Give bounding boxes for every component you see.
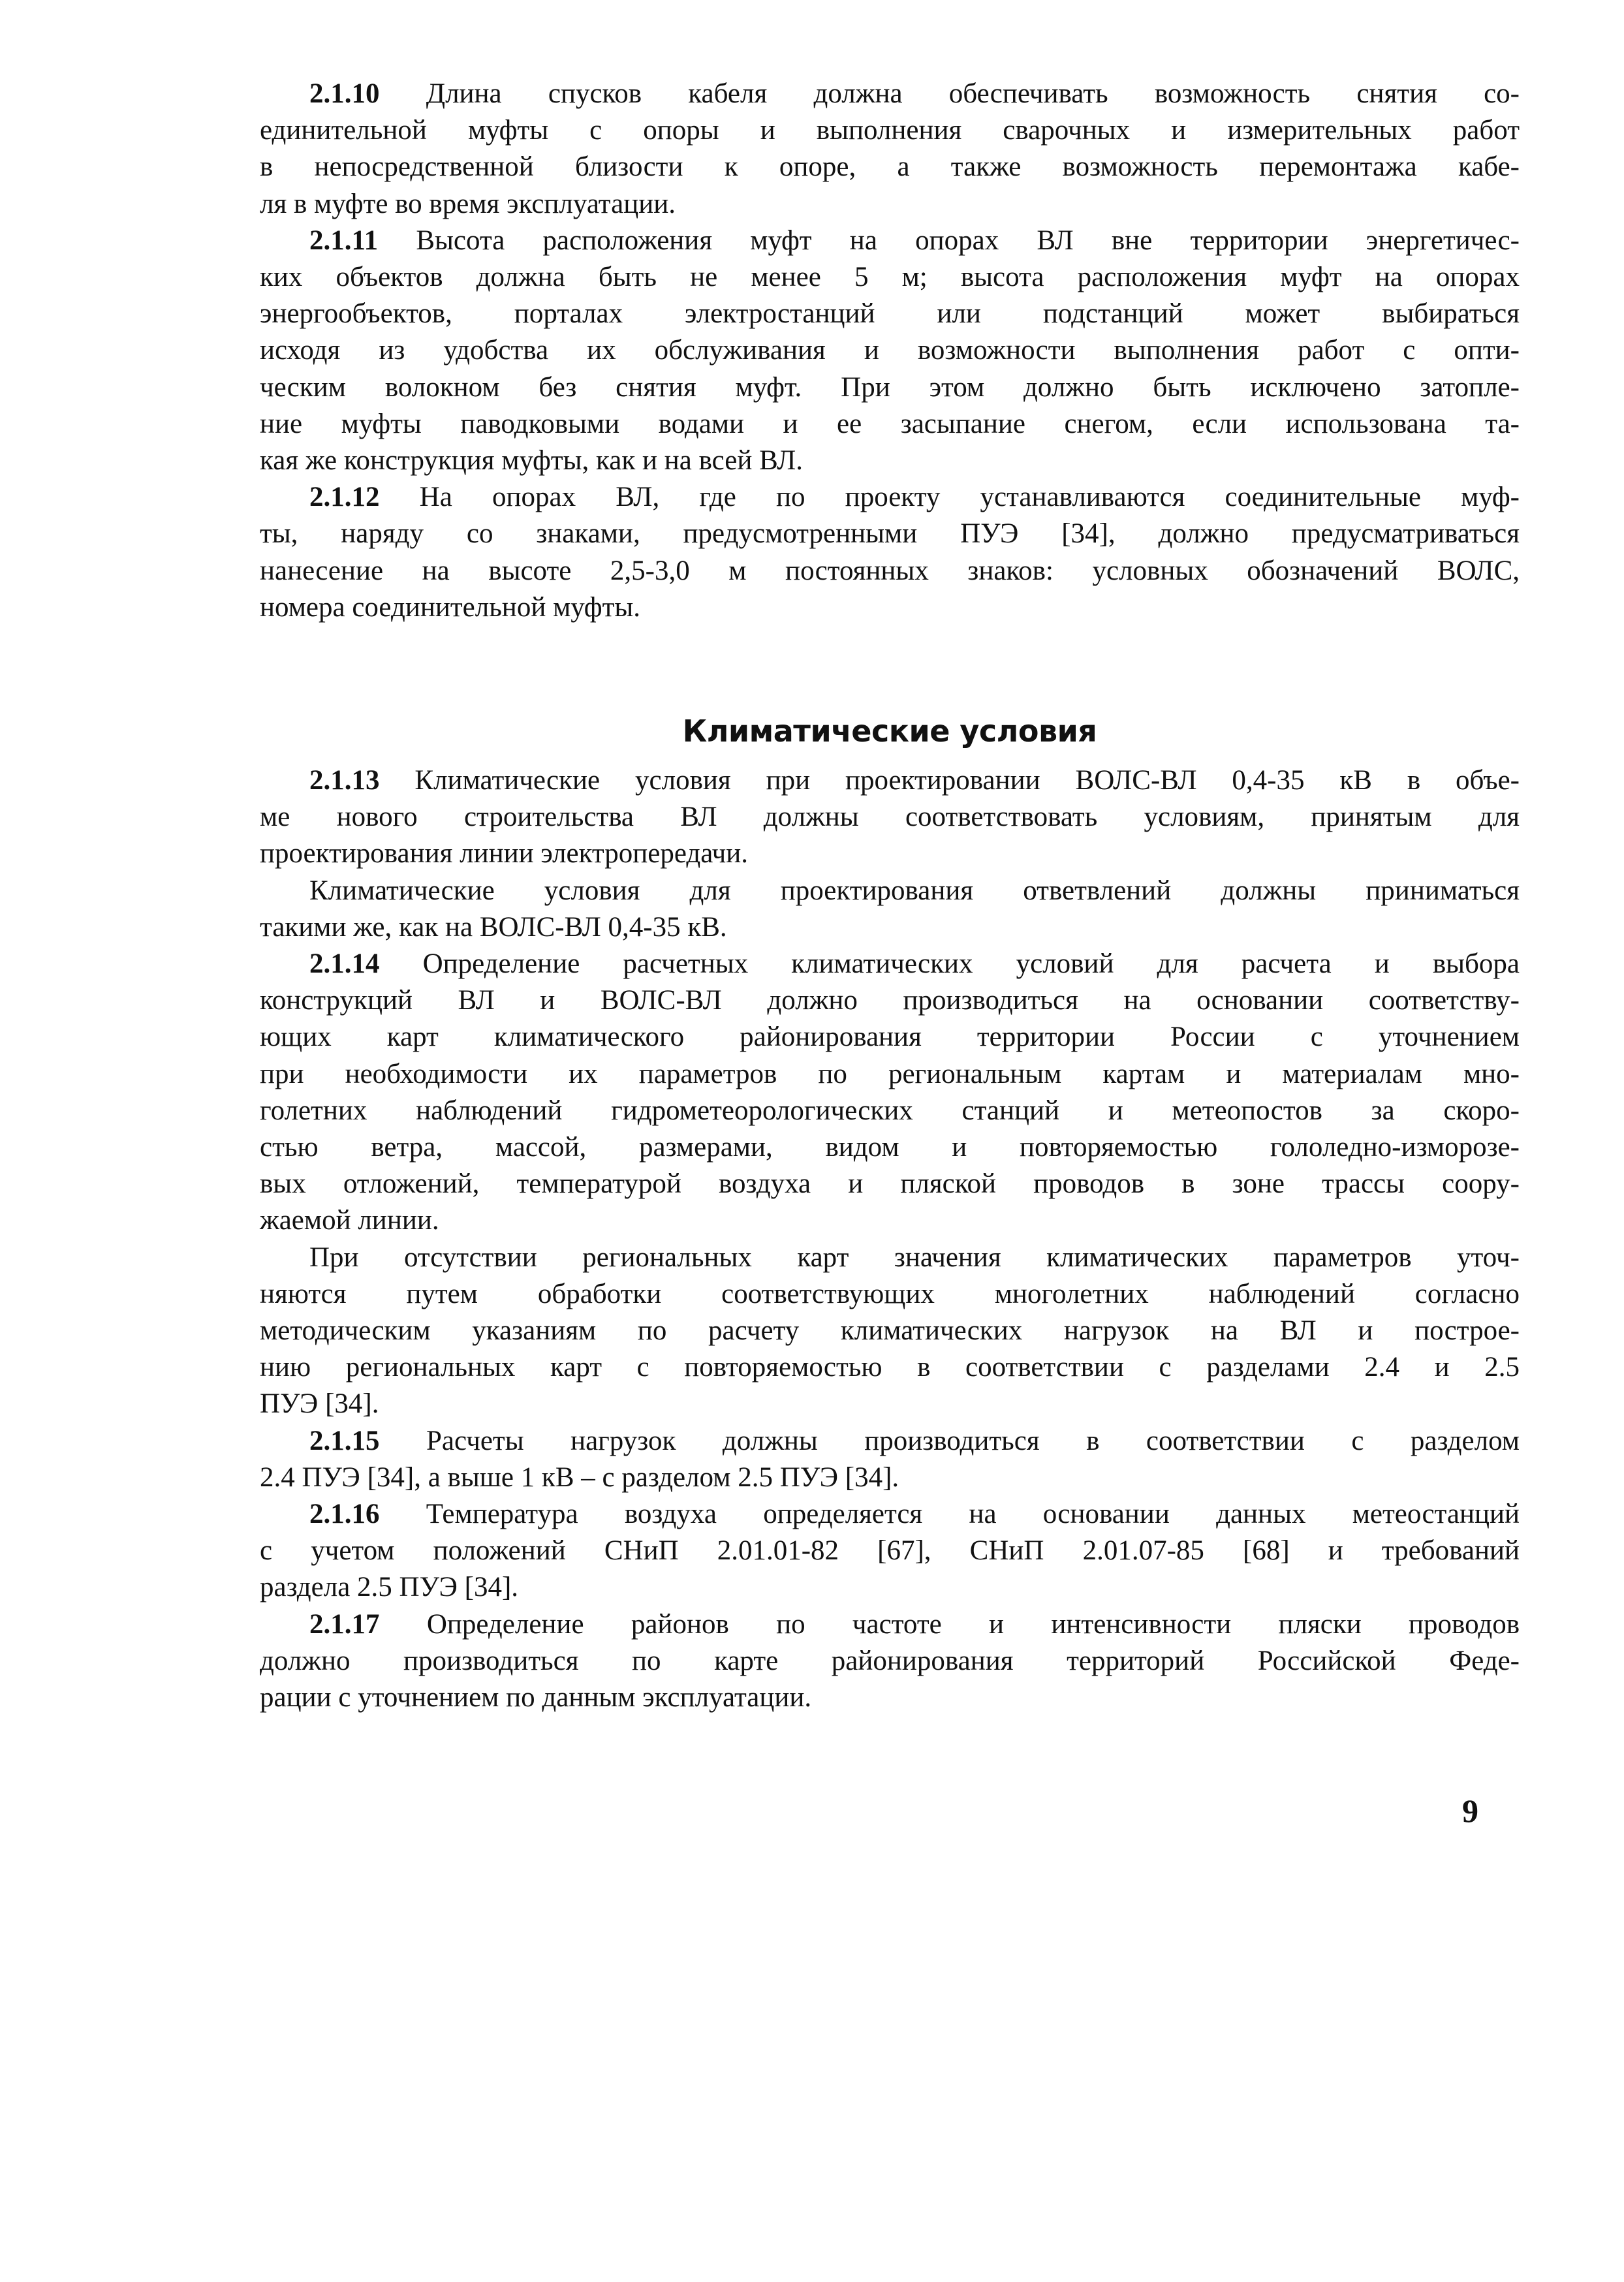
- text-line: 2.1.16 Температура воздуха определяется …: [260, 1496, 1520, 1533]
- clause-number: 2.1.16: [309, 1499, 380, 1529]
- text-line: ты, наряду со знаками, предусмотренными …: [260, 516, 1520, 552]
- text-line: 2.1.17 Определение районов по частоте и …: [260, 1606, 1520, 1643]
- line-text: ческим волокном без снятия муфт. При это…: [260, 372, 1520, 403]
- section-cable-sleeves: 2.1.10 Длина спусков кабеля должна обесп…: [260, 76, 1520, 626]
- text-line: ПУЭ [34].: [260, 1386, 1520, 1422]
- line-text: На опорах ВЛ, где по проекту устанавлива…: [420, 482, 1520, 512]
- line-text: Длина спусков кабеля должна обеспечивать…: [426, 78, 1520, 109]
- paragraph-2-1-14: 2.1.14 Определение расчетных климатическ…: [260, 946, 1520, 1240]
- page-number: 9: [1462, 1792, 1478, 1830]
- text-line: исходя из удобства их обслуживания и воз…: [260, 332, 1520, 369]
- line-text: исходя из удобства их обслуживания и воз…: [260, 335, 1520, 366]
- line-text: в непосредственной близости к опоре, а т…: [260, 151, 1520, 182]
- text-line: номера соединительной муфты.: [260, 589, 1520, 626]
- paragraph-2-1-15: 2.1.15 Расчеты нагрузок должны производи…: [260, 1423, 1520, 1496]
- text-line: с учетом положений СНиП 2.01.01-82 [67],…: [260, 1533, 1520, 1569]
- line-text: энергообъектов, порталах электростанций …: [260, 298, 1520, 329]
- line-text: няются путем обработки соответствующих м…: [260, 1279, 1520, 1309]
- line-text: должно производиться по карте районирова…: [260, 1646, 1520, 1676]
- text-line: ческим волокном без снятия муфт. При это…: [260, 369, 1520, 406]
- text-line: голетних наблюдений гидрометеорологическ…: [260, 1093, 1520, 1129]
- line-text: нанесение на высоте 2,5-3,0 м постоянных…: [260, 555, 1520, 586]
- text-line: методическим указаниям по расчету климат…: [260, 1313, 1520, 1349]
- paragraph-2-1-11: 2.1.11 Высота расположения муфт на опора…: [260, 223, 1520, 479]
- line-text: Климатические условия для проектирования…: [309, 875, 1520, 906]
- line-text: Расчеты нагрузок должны производиться в …: [426, 1426, 1520, 1456]
- clause-number: 2.1.12: [309, 482, 380, 512]
- section-heading-climatic-conditions: Климатические условия: [260, 711, 1520, 751]
- line-text: нию региональных карт с повторяемостью в…: [260, 1352, 1520, 1383]
- text-line: 2.4 ПУЭ [34], а выше 1 кВ – с разделом 2…: [260, 1460, 1520, 1496]
- text-line: нанесение на высоте 2,5-3,0 м постоянных…: [260, 553, 1520, 589]
- line-text: проектирования линии электропередачи.: [260, 838, 748, 869]
- paragraph: При отсутствии региональных карт значени…: [260, 1240, 1520, 1423]
- line-text: кая же конструкция муфты, как и на всей …: [260, 445, 803, 476]
- text-line: ме нового строительства ВЛ должны соотве…: [260, 799, 1520, 836]
- text-line: при необходимости их параметров по регио…: [260, 1056, 1520, 1093]
- text-line: кая же конструкция муфты, как и на всей …: [260, 443, 1520, 479]
- text-line: ние муфты паводковыми водами и ее засыпа…: [260, 406, 1520, 443]
- text-line: 2.1.15 Расчеты нагрузок должны производи…: [260, 1423, 1520, 1460]
- line-text: Высота расположения муфт на опорах ВЛ вн…: [416, 225, 1520, 256]
- text-line: 2.1.12 На опорах ВЛ, где по проекту уста…: [260, 479, 1520, 516]
- text-line: 2.1.13 Климатические условия при проекти…: [260, 762, 1520, 799]
- clause-number: 2.1.10: [309, 78, 380, 109]
- line-text: голетних наблюдений гидрометеорологическ…: [260, 1095, 1520, 1126]
- line-text: единительной муфты с опоры и выполнения …: [260, 115, 1520, 146]
- text-line: ющих карт климатического районирования т…: [260, 1019, 1520, 1055]
- line-text: раздела 2.5 ПУЭ [34].: [260, 1572, 518, 1602]
- line-text: такими же, как на ВОЛС-ВЛ 0,4-35 кВ.: [260, 912, 727, 943]
- line-text: номера соединительной муфты.: [260, 592, 640, 623]
- line-text: вых отложений, температурой воздуха и пл…: [260, 1168, 1520, 1199]
- document-page: 2.1.10 Длина спусков кабеля должна обесп…: [0, 0, 1624, 2282]
- line-text: ющих карт климатического районирования т…: [260, 1022, 1520, 1052]
- line-text: ПУЭ [34].: [260, 1388, 379, 1419]
- text-line: энергообъектов, порталах электростанций …: [260, 296, 1520, 332]
- text-line: единительной муфты с опоры и выполнения …: [260, 112, 1520, 149]
- text-line: проектирования линии электропередачи.: [260, 836, 1520, 872]
- line-text: Определение расчетных климатических усло…: [423, 948, 1520, 979]
- section-climatic-conditions: 2.1.13 Климатические условия при проекти…: [260, 762, 1520, 1716]
- line-text: конструкций ВЛ и ВОЛС-ВЛ должно производ…: [260, 985, 1520, 1016]
- line-text: ты, наряду со знаками, предусмотренными …: [260, 518, 1520, 549]
- text-line: 2.1.10 Длина спусков кабеля должна обесп…: [260, 76, 1520, 112]
- text-line: стью ветра, массой, размерами, видом и п…: [260, 1129, 1520, 1166]
- text-line: рации с уточнением по данным эксплуатаци…: [260, 1680, 1520, 1716]
- paragraph-2-1-10: 2.1.10 Длина спусков кабеля должна обесп…: [260, 76, 1520, 223]
- paragraph: Климатические условия для проектирования…: [260, 873, 1520, 946]
- text-line: няются путем обработки соответствующих м…: [260, 1276, 1520, 1313]
- text-line: ких объектов должна быть не менее 5 м; в…: [260, 259, 1520, 296]
- line-text: ме нового строительства ВЛ должны соотве…: [260, 802, 1520, 832]
- text-line: вых отложений, температурой воздуха и пл…: [260, 1166, 1520, 1202]
- line-text: При отсутствии региональных карт значени…: [309, 1242, 1520, 1273]
- paragraph-2-1-17: 2.1.17 Определение районов по частоте и …: [260, 1606, 1520, 1717]
- clause-number: 2.1.15: [309, 1426, 380, 1456]
- text-line: ля в муфте во время эксплуатации.: [260, 186, 1520, 223]
- text-line: такими же, как на ВОЛС-ВЛ 0,4-35 кВ.: [260, 909, 1520, 946]
- line-text: Климатические условия при проектировании…: [414, 765, 1520, 796]
- clause-number: 2.1.13: [309, 765, 380, 796]
- line-text: 2.4 ПУЭ [34], а выше 1 кВ – с разделом 2…: [260, 1462, 899, 1493]
- clause-number: 2.1.11: [309, 225, 378, 256]
- text-line: При отсутствии региональных карт значени…: [260, 1240, 1520, 1276]
- line-text: стью ветра, массой, размерами, видом и п…: [260, 1132, 1520, 1163]
- text-line: 2.1.14 Определение расчетных климатическ…: [260, 946, 1520, 982]
- line-text: Определение районов по частоте и интенси…: [427, 1609, 1520, 1640]
- text-line: конструкций ВЛ и ВОЛС-ВЛ должно производ…: [260, 982, 1520, 1019]
- line-text: рации с уточнением по данным эксплуатаци…: [260, 1682, 811, 1713]
- text-line: нию региональных карт с повторяемостью в…: [260, 1349, 1520, 1386]
- text-line: должно производиться по карте районирова…: [260, 1643, 1520, 1680]
- clause-number: 2.1.17: [309, 1609, 380, 1640]
- text-line: раздела 2.5 ПУЭ [34].: [260, 1569, 1520, 1606]
- line-text: жаемой линии.: [260, 1205, 439, 1236]
- paragraph-2-1-16: 2.1.16 Температура воздуха определяется …: [260, 1496, 1520, 1606]
- line-text: с учетом положений СНиП 2.01.01-82 [67],…: [260, 1535, 1520, 1566]
- paragraph-2-1-13: 2.1.13 Климатические условия при проекти…: [260, 762, 1520, 873]
- line-text: ние муфты паводковыми водами и ее засыпа…: [260, 409, 1520, 439]
- line-text: методическим указаниям по расчету климат…: [260, 1315, 1520, 1346]
- text-line: жаемой линии.: [260, 1202, 1520, 1239]
- line-text: при необходимости их параметров по регио…: [260, 1059, 1520, 1089]
- line-text: Температура воздуха определяется на осно…: [426, 1499, 1520, 1529]
- line-text: ких объектов должна быть не менее 5 м; в…: [260, 262, 1520, 292]
- text-line: в непосредственной близости к опоре, а т…: [260, 149, 1520, 185]
- text-line: Климатические условия для проектирования…: [260, 873, 1520, 909]
- clause-number: 2.1.14: [309, 948, 380, 979]
- paragraph-2-1-12: 2.1.12 На опорах ВЛ, где по проекту уста…: [260, 479, 1520, 626]
- line-text: ля в муфте во время эксплуатации.: [260, 189, 676, 219]
- text-line: 2.1.11 Высота расположения муфт на опора…: [260, 223, 1520, 259]
